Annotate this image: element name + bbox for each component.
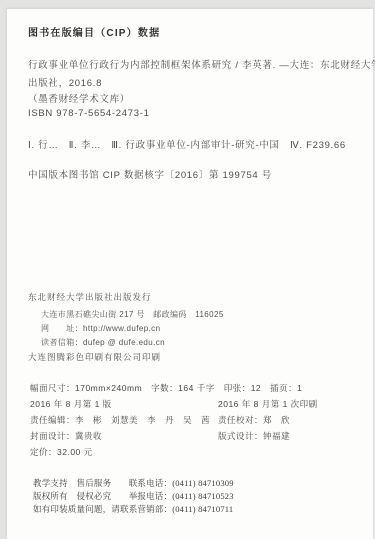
cover-design-line: 封面设计：冀贵收: [30, 430, 102, 442]
cip-title-line2: 出版社，2016.8: [28, 75, 102, 89]
edition-line: 2016 年 8 月第 1 版: [30, 398, 112, 410]
copyright-notice-line: 版权所有 侵权必究 举报电话：(0411) 84710523: [33, 490, 234, 502]
publisher-line: 东北财经大学出版社出版发行: [28, 291, 152, 303]
classification-line: Ⅰ. 行… Ⅱ. 李… Ⅲ. 行政事业单位-内部审计-研究-中国 Ⅳ. F239…: [28, 137, 346, 151]
cip-header: 图书在版编目（CIP）数据: [28, 24, 160, 39]
publisher-website: 网 址：http://www.dufep.cn: [41, 323, 160, 334]
publisher-email: 读者信箱：dufep @ dufe.edu.cn: [41, 337, 165, 348]
format-line: 幅面尺寸：170mm×240mm 字数：164 千字 印张：12 插页：1: [30, 382, 302, 394]
price-line: 定价：32.00 元: [30, 446, 93, 458]
quality-contact-line: 如有印装质量问题，请联系营销部：(0411) 84710711: [33, 503, 233, 515]
cip-title-line1: 行政事业单位行政行为内部控制框架体系研究 / 李英著. —大连：东北财经大学: [28, 57, 375, 71]
layout-design-line: 版式设计：钟福建: [218, 430, 290, 442]
series-title: （墨香财经学术文库）: [28, 91, 130, 105]
support-contact-line: 教学支持 售后服务 联系电话：(0411) 84710309: [33, 477, 234, 489]
proofreader-line: 责任校对：郑 欣: [218, 414, 290, 426]
publisher-address: 大连市黑石礁尖山街 217 号 邮政编码 116025: [41, 309, 224, 320]
impression-line: 2016 年 8 月第 1 次印刷: [218, 398, 318, 410]
isbn-line: ISBN 978-7-5654-2473-1: [28, 108, 150, 119]
editors-line: 责任编辑：李 彬 刘慧美 李 丹 吴 茜: [30, 414, 210, 426]
scanned-cip-page: { "page": { "header": "图书在版编目（CIP）数据", "…: [0, 0, 375, 539]
printer-line: 大连图腾彩色印刷有限公司印刷: [28, 351, 161, 363]
cip-record-number: 中国版本图书馆 CIP 数据核字〔2016〕第 199754 号: [28, 167, 272, 181]
